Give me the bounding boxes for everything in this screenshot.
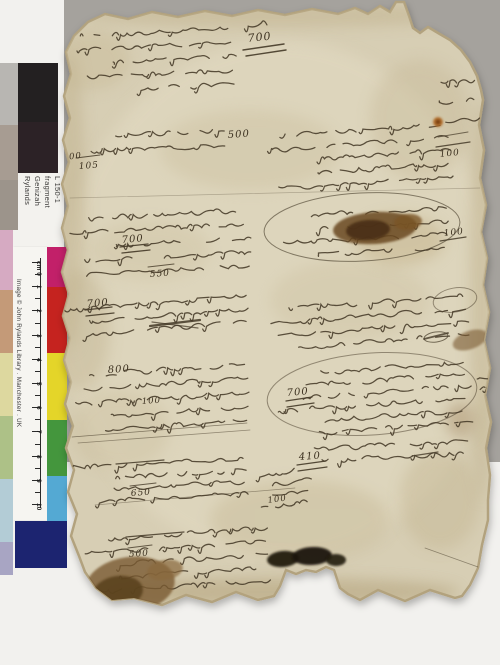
manuscript-photo: 7005001001057005501001007008001007004106… — [0, 0, 500, 665]
paper-mottle — [446, 402, 474, 438]
numeral: 700 — [121, 233, 144, 246]
numeral: 100 — [439, 148, 460, 160]
stain — [326, 554, 346, 566]
paper-mottle — [470, 100, 494, 500]
numeral: 550 — [150, 269, 171, 280]
numeral: 700 — [247, 30, 272, 45]
numeral: 410 — [297, 450, 321, 463]
paper-mottle — [400, 450, 480, 550]
stain — [436, 120, 441, 125]
numeral: 105 — [79, 161, 100, 172]
paper-mottle — [370, 60, 470, 180]
paper-mottle — [55, 50, 85, 350]
photo-stage: Rylands Genizah fragment L 150-1 Image ©… — [0, 0, 500, 665]
numeral: 800 — [107, 363, 130, 376]
numeral: 100 — [443, 227, 464, 239]
numeral: 100 — [142, 396, 162, 407]
numeral: 700 — [86, 297, 109, 310]
numeral: 700 — [286, 386, 309, 399]
numeral: 650 — [131, 488, 152, 499]
numeral: 500 — [227, 128, 250, 141]
paper-mottle — [50, 30, 130, 90]
